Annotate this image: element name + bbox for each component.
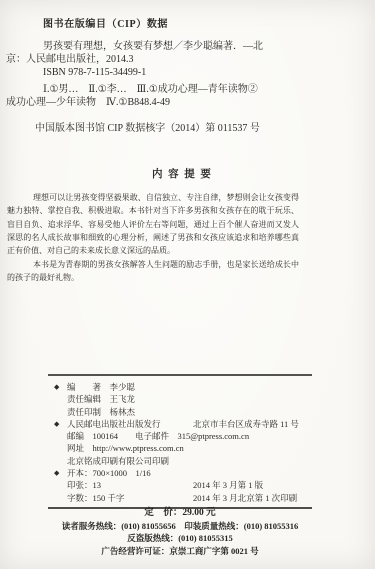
colophon-row-label: 网址 http://www.ptpress.com.cn xyxy=(67,443,184,453)
book-copyright-page: 图书在版编目（CIP）数据 男孩要有理想，女孩要有梦想／李少聪编著．—北 京：人… xyxy=(0,0,375,569)
colophon-row-publisher: ◆ 人民邮电出版社出版发行 北京市丰台区成寿寺路 11 号 xyxy=(48,418,312,430)
colophon-row-postcode-email: 邮编 100164 电子邮件 315@ptpress.com.cn xyxy=(48,430,312,442)
diamond-bullet-icon: ◆ xyxy=(54,467,59,479)
colophon-row-label: 编 著 李少聪 xyxy=(67,382,135,392)
colophon-row-print-supervisor: 责任印制 杨林杰 xyxy=(48,406,312,418)
colophon-row-wordcount: 字数：150 千字 2014 年 3 月北京第 1 次印刷 xyxy=(48,492,312,504)
diamond-bullet-icon: ◆ xyxy=(54,381,59,393)
colophon-row-label: 邮编 100164 电子邮件 315@ptpress.com.cn xyxy=(67,431,249,441)
colophon-row-editor: 责任编辑 王飞龙 xyxy=(48,393,312,405)
colophon-row-label: 印张：13 xyxy=(67,480,101,490)
colophon-row-label: 北京铭成印刷有限公司印刷 xyxy=(67,456,169,466)
colophon-row-label: 人民邮电出版社出版发行 xyxy=(67,419,161,429)
colophon-row-label: 责任编辑 王飞龙 xyxy=(67,394,135,404)
colophon-row-format: ◆ 开本：700×1000 1/16 xyxy=(48,467,312,479)
colophon-row-label: 责任印制 杨林杰 xyxy=(67,407,135,417)
printing-info: 2014 年 3 月北京第 1 次印刷 xyxy=(193,492,297,504)
cip-class-line2: 成功心理—少年读物 Ⅳ.①B848.4-49 xyxy=(6,97,375,110)
reader-hotline-line: 读者服务热线：(010) 81055656 印装质量热线：(010) 81055… xyxy=(48,520,312,532)
footer-block: 定 价：29.00 元 读者服务热线：(010) 81055656 印装质量热线… xyxy=(48,507,312,557)
colophon-row-website: 网址 http://www.ptpress.com.cn xyxy=(48,442,312,454)
anti-piracy-hotline-line: 反盗版热线：(010) 81055315 xyxy=(48,532,312,544)
colophon-row-label: 开本：700×1000 1/16 xyxy=(67,468,151,478)
price-line: 定 价：29.00 元 xyxy=(48,507,312,520)
abstract-paragraph-2: 本书是为青春期的男孩女孩解答人生问题的励志手册，也是家长送给成长中的孩子的最好礼… xyxy=(7,258,299,285)
ad-license-line: 广告经营许可证：京崇工商广字第 0021 号 xyxy=(48,545,312,557)
cip-header: 图书在版编目（CIP）数据 xyxy=(43,15,168,30)
cip-entry-line1: 男孩要有理想，女孩要有梦想／李少聪编著．—北 xyxy=(43,41,375,54)
cip-entry-line2: 京：人民邮电出版社，2014.3 xyxy=(6,54,375,67)
colophon-row-printer: 北京铭成印刷有限公司印刷 xyxy=(48,455,312,467)
abstract-title: 内 容 提 要 xyxy=(152,166,212,181)
colophon-block: ◆ 编 著 李少聪 责任编辑 王飞龙 责任印制 杨林杰 ◆ 人民邮电出版社出版发… xyxy=(48,374,312,509)
isbn-line: ISBN 978-7-115-34499-1 xyxy=(43,67,375,80)
cip-entry: 男孩要有理想，女孩要有梦想／李少聪编著．—北 京：人民邮电出版社，2014.3 … xyxy=(0,41,375,79)
abstract-paragraph-1: 理想可以让男孩变得坚毅果敢、自信独立、专注自律，梦想则会让女孩变得魅力独特、掌控… xyxy=(7,191,299,258)
cip-record-number: 中国版本图书馆 CIP 数据核字（2014）第 011537 号 xyxy=(35,119,260,134)
colophon-row-author: ◆ 编 著 李少聪 xyxy=(48,381,312,393)
diamond-bullet-icon: ◆ xyxy=(54,418,59,430)
edition-info: 2014 年 3 月第 1 版 xyxy=(193,479,263,491)
abstract-body: 理想可以让男孩变得坚毅果敢、自信独立、专注自律，梦想则会让女孩变得魅力独特、掌控… xyxy=(7,191,299,284)
publisher-address: 北京市丰台区成寿寺路 11 号 xyxy=(193,418,299,430)
cip-classification: Ⅰ.①男… Ⅱ.①李… Ⅲ.①成功心理—青年读物② 成功心理—少年读物 Ⅳ.①B… xyxy=(0,84,375,110)
cip-class-line1: Ⅰ.①男… Ⅱ.①李… Ⅲ.①成功心理—青年读物② xyxy=(43,84,375,97)
colophon-row-label: 字数：150 千字 xyxy=(67,493,124,503)
colophon-row-sheets: 印张：13 2014 年 3 月第 1 版 xyxy=(48,479,312,491)
